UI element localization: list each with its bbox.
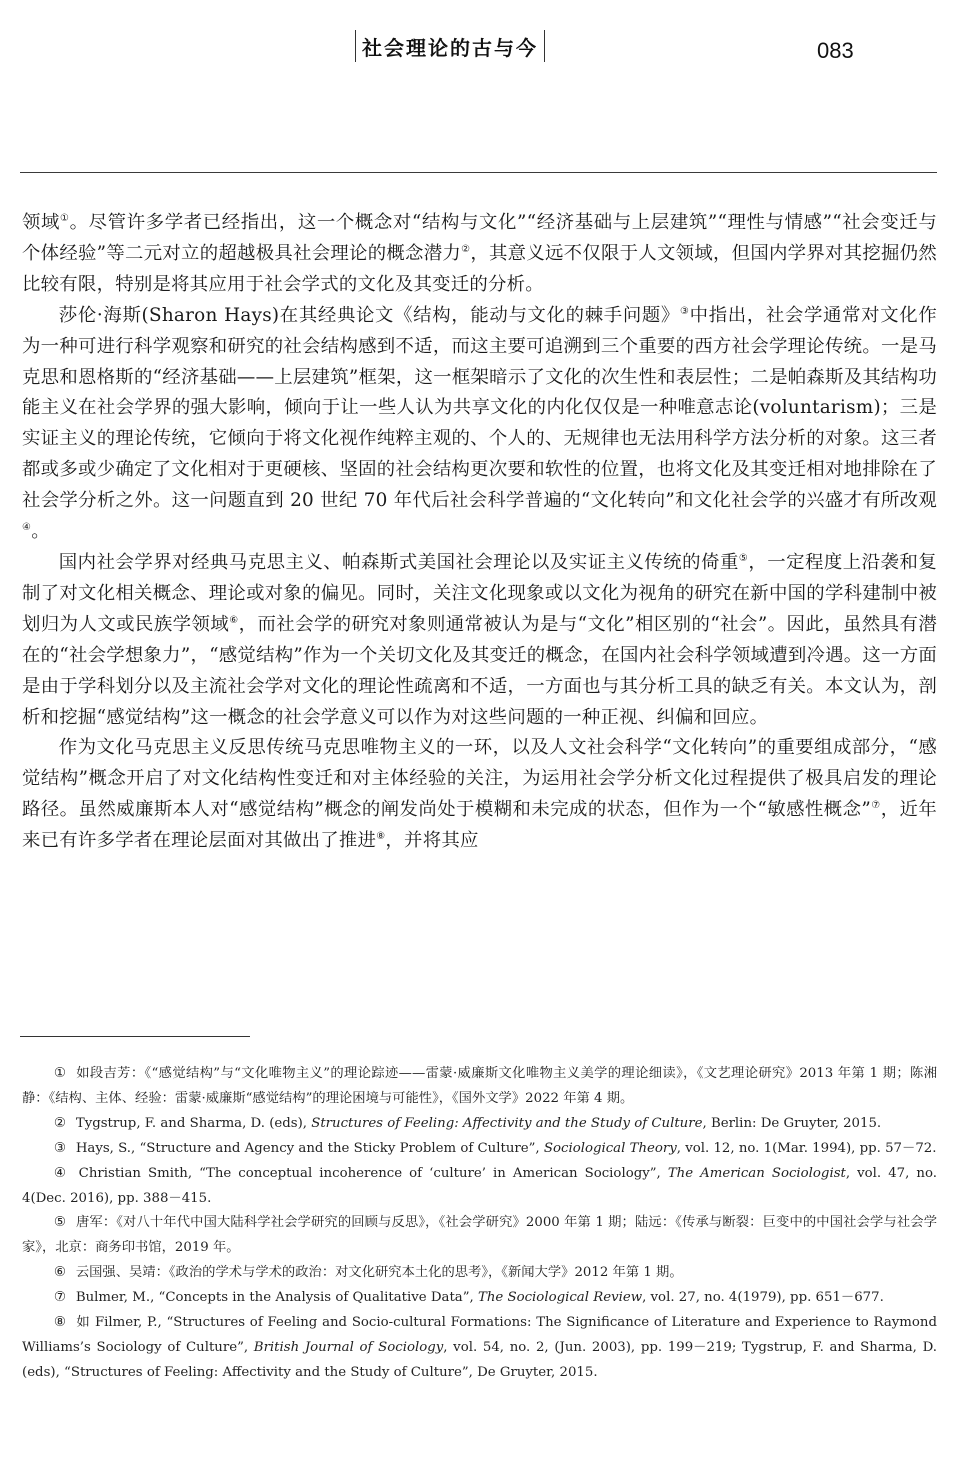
text-run: 中指出，社会学通常对文化作为一种可进行科学观察和研究的社会结构感到不适，而这主要… [22, 305, 937, 511]
footnote-marker[interactable]: ④ [22, 522, 31, 533]
text-run: Hays, S., “Structure and Agency and the … [76, 1141, 544, 1156]
text-run: 。 [31, 521, 50, 542]
footnote-marker[interactable]: ⑦ [871, 800, 881, 811]
footnote-number: ⑦ [54, 1290, 66, 1305]
text-run: 莎伦·海斯(Sharon Hays)在其经典论文《结构，能动与文化的棘手问题》 [59, 305, 680, 326]
body-text: 领域①。尽管许多学者已经指出，这一个概念对“结构与文化”“经济基础与上层建筑”“… [22, 208, 937, 857]
footnote-number: ④ [54, 1166, 69, 1181]
footnote-rule [20, 1036, 250, 1037]
italic-title: Sociological Theory [544, 1141, 677, 1156]
footnote-item: ⑦Bulmer, M., “Concepts in the Analysis o… [22, 1286, 937, 1311]
footnote-marker[interactable]: ② [461, 244, 470, 255]
text-run: , vol. 12, no. 1(Mar. 1994), pp. 57－72. [677, 1141, 937, 1156]
footnote-item: ⑥云国强、吴靖：《政治的学术与学术的政治：对文化研究本土化的思考》，《新闻大学》… [22, 1261, 937, 1286]
footnote-number: ⑧ [54, 1315, 66, 1330]
footnote-number: ② [54, 1116, 66, 1131]
running-head: 社会理论的古与今 [355, 30, 545, 62]
text-run: ，并将其应 [385, 830, 478, 851]
page-number: 083 [817, 38, 854, 64]
footnote-item: ⑧如 Filmer, P., “Structures of Feeling an… [22, 1311, 937, 1386]
text-run: , Berlin: De Gruyter, 2015. [702, 1116, 881, 1131]
footnote-item: ③Hays, S., “Structure and Agency and the… [22, 1137, 937, 1162]
body-paragraph: 领域①。尽管许多学者已经指出，这一个概念对“结构与文化”“经济基础与上层建筑”“… [22, 208, 937, 301]
footnote-marker[interactable]: ⑤ [739, 553, 748, 564]
text-run: Bulmer, M., “Concepts in the Analysis of… [76, 1290, 478, 1305]
italic-title: Structures of Feeling: Affectivity and t… [311, 1116, 702, 1131]
footnote-number: ① [54, 1066, 66, 1081]
italic-title: British Journal of Sociology [254, 1340, 443, 1355]
italic-title: The American Sociologist [668, 1166, 846, 1181]
running-title: 社会理论的古与今 [362, 32, 538, 61]
text-run: 国内社会学界对经典马克思主义、帕森斯式美国社会理论以及实证主义传统的倚重 [59, 552, 739, 573]
footnote-item: ④Christian Smith, “The conceptual incohe… [22, 1162, 937, 1212]
text-run: 作为文化马克思主义反思传统马克思唯物主义的一环，以及人文社会科学“文化转向”的重… [22, 737, 937, 820]
text-run: 唐军：《对八十年代中国大陆科学社会学研究的回顾与反思》，《社会学研究》2000 … [22, 1215, 937, 1255]
italic-title: The Sociological Review [478, 1290, 642, 1305]
body-paragraph: 作为文化马克思主义反思传统马克思唯物主义的一环，以及人文社会科学“文化转向”的重… [22, 733, 937, 857]
text-run: 云国强、吴靖：《政治的学术与学术的政治：对文化研究本土化的思考》，《新闻大学》2… [76, 1265, 683, 1280]
text-run: 领域 [22, 212, 60, 233]
footnote-number: ③ [54, 1141, 66, 1156]
text-run: 如段吉芳：《“感觉结构”与“文化唯物主义”的理论踪迹——雷蒙·威廉斯文化唯物主义… [22, 1066, 937, 1106]
text-run: , vol. 27, no. 4(1979), pp. 651－677. [642, 1290, 884, 1305]
footnotes: ①如段吉芳：《“感觉结构”与“文化唯物主义”的理论踪迹——雷蒙·威廉斯文化唯物主… [22, 1062, 937, 1386]
footnote-number: ⑤ [54, 1215, 66, 1230]
footnote-number: ⑥ [54, 1265, 66, 1280]
footnote-marker[interactable]: ③ [680, 306, 690, 317]
body-paragraph: 国内社会学界对经典马克思主义、帕森斯式美国社会理论以及实证主义传统的倚重⑤，一定… [22, 548, 937, 733]
footnote-marker[interactable]: ① [60, 213, 70, 224]
footnote-item: ①如段吉芳：《“感觉结构”与“文化唯物主义”的理论踪迹——雷蒙·威廉斯文化唯物主… [22, 1062, 937, 1112]
footnote-item: ②Tygstrup, F. and Sharma, D. (eds), Stru… [22, 1112, 937, 1137]
body-paragraph: 莎伦·海斯(Sharon Hays)在其经典论文《结构，能动与文化的棘手问题》③… [22, 301, 937, 548]
header-rule [20, 172, 937, 173]
footnote-item: ⑤唐军：《对八十年代中国大陆科学社会学研究的回顾与反思》，《社会学研究》2000… [22, 1211, 937, 1261]
text-run: Tygstrup, F. and Sharma, D. (eds), [76, 1116, 311, 1131]
text-run: Christian Smith, “The conceptual incoher… [79, 1166, 668, 1181]
footnote-marker[interactable]: ⑥ [229, 615, 238, 626]
